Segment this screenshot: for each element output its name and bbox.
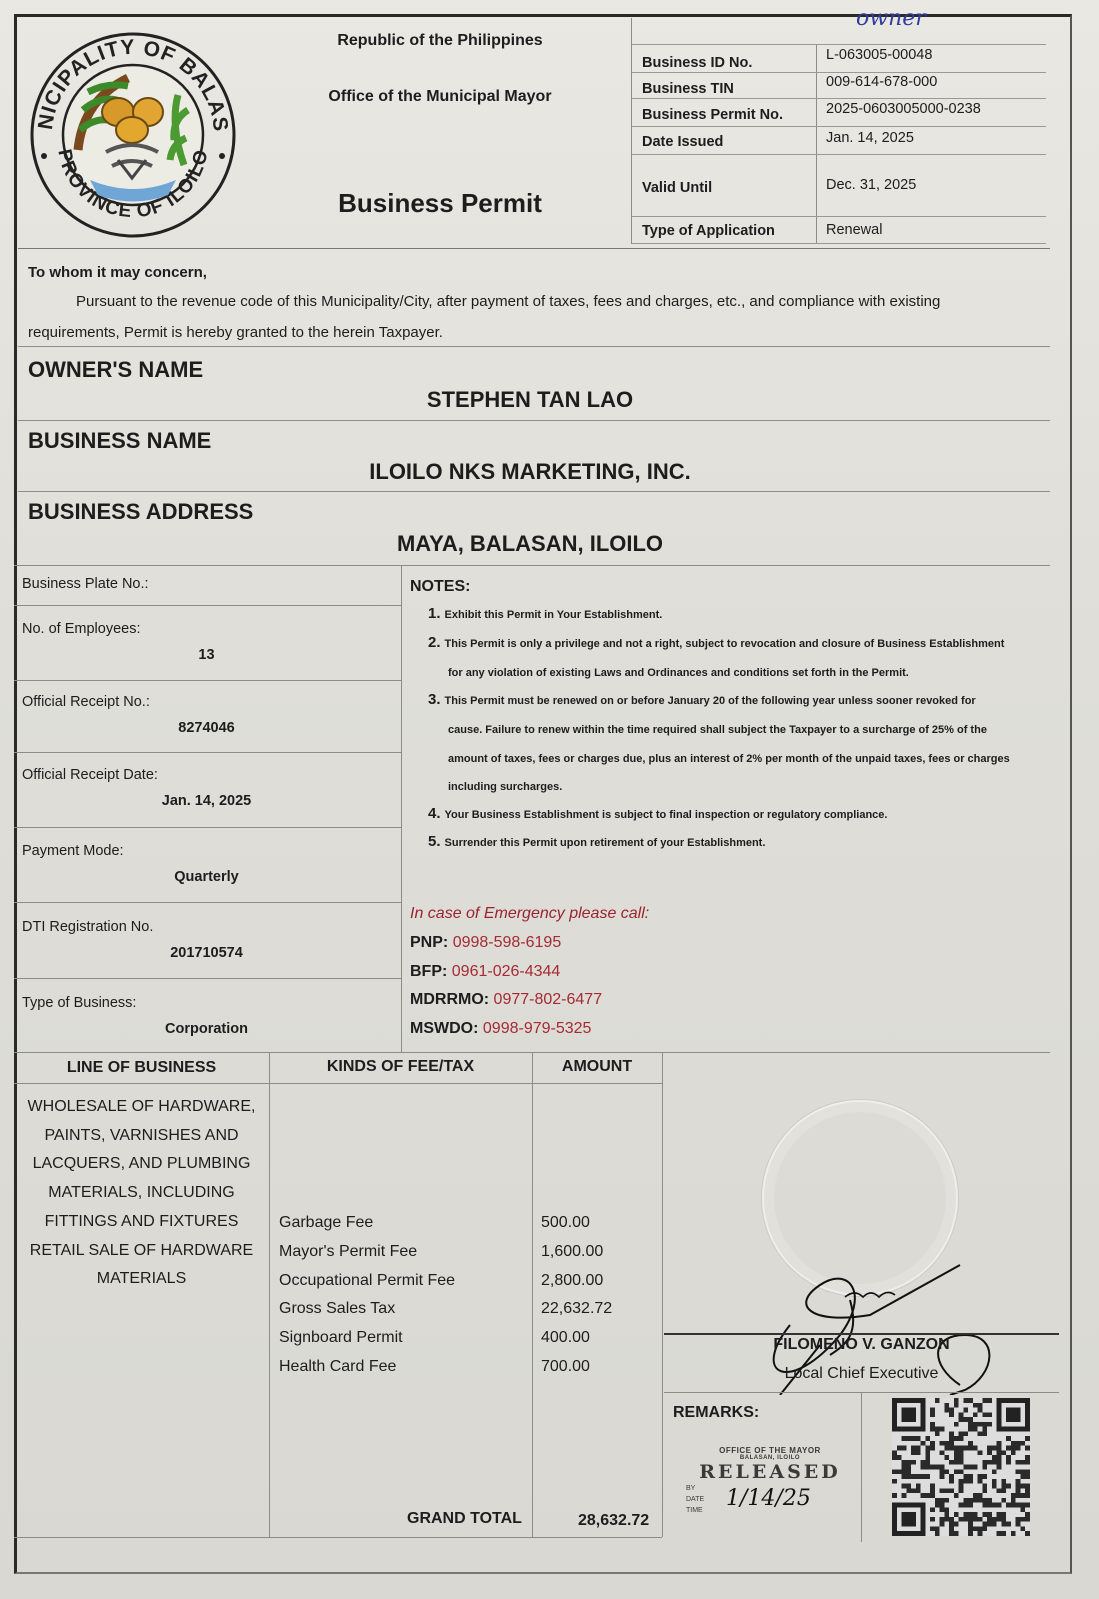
payment-mode-label: Payment Mode: (22, 843, 124, 859)
note-item: 4.Your Business Establishment is subject… (428, 805, 887, 822)
fee-name: Health Card Fee (279, 1358, 396, 1376)
divider (14, 902, 401, 903)
divider (861, 1392, 862, 1542)
phone-number: 0998-979-5325 (483, 1020, 592, 1037)
info-value: 2025-0603005000-0238 (826, 101, 981, 117)
note-item: 3.This Permit must be renewed on or befo… (428, 691, 976, 708)
note-text: Exhibit this Permit in Your Establishmen… (445, 609, 663, 621)
column-header-amount: AMOUNT (532, 1058, 662, 1076)
receipt-date-value: Jan. 14, 2025 (14, 793, 399, 809)
divider (401, 565, 402, 1052)
agency-name: MSWDO: (410, 1020, 478, 1037)
business-address-value: MAYA, BALASAN, ILOILO (0, 531, 1060, 557)
divider (14, 605, 401, 606)
note-item: including surcharges. (448, 781, 562, 793)
business-type-value: Corporation (14, 1021, 399, 1037)
divider (18, 420, 1050, 421)
fee-name: Occupational Permit Fee (279, 1272, 455, 1290)
info-row: Business ID No. L-063005-00048 (632, 44, 1046, 72)
fee-name: Gross Sales Tax (279, 1300, 395, 1318)
fee-amount: 700.00 (541, 1358, 590, 1376)
agency-name: PNP: (410, 934, 448, 951)
info-label: Type of Application (642, 223, 775, 239)
business-type-label: Type of Business: (22, 995, 136, 1011)
note-item: amount of taxes, fees or charges due, pl… (448, 753, 1010, 765)
municipal-seal-icon: MUNICIPALITY OF BALASAN PROVINCE OF ILOI… (28, 30, 238, 240)
divider (14, 827, 401, 828)
column-header-kind: KINDS OF FEE/TAX (269, 1058, 532, 1076)
note-text: Surrender this Permit upon retirement of… (445, 837, 766, 849)
divider (14, 752, 401, 753)
signature-line (664, 1333, 1059, 1335)
business-name-label: BUSINESS NAME (28, 428, 211, 454)
note-number: 2. (428, 634, 441, 651)
phone-number: 0977-802-6477 (494, 991, 603, 1008)
info-row: Business TIN 009-614-678-000 (632, 72, 1046, 98)
fee-amount: 22,632.72 (541, 1300, 612, 1318)
divider (269, 1052, 270, 1537)
grant-statement: Pursuant to the revenue code of this Mun… (28, 286, 1028, 348)
note-item: 1.Exhibit this Permit in Your Establishm… (428, 605, 662, 622)
owner-name-value: STEPHEN TAN LAO (0, 387, 1060, 413)
divider (14, 565, 1050, 566)
agency-name: BFP: (410, 963, 447, 980)
info-value: 009-614-678-000 (826, 74, 937, 90)
fee-name: Signboard Permit (279, 1329, 403, 1347)
info-value: Renewal (826, 222, 882, 238)
dti-registration-label: DTI Registration No. (22, 919, 153, 935)
grand-total-value: 28,632.72 (578, 1512, 649, 1530)
info-row: Business Permit No. 2025-0603005000-0238 (632, 98, 1046, 126)
receipt-no-label: Official Receipt No.: (22, 694, 150, 710)
divider (18, 346, 1050, 347)
emergency-contact: MSWDO: 0998-979-5325 (410, 1020, 591, 1038)
line-of-business-item: PAINTS, VARNISHES AND (14, 1127, 269, 1145)
fee-name: Garbage Fee (279, 1214, 373, 1232)
payment-mode-value: Quarterly (14, 869, 399, 885)
divider (662, 1052, 663, 1537)
receipt-no-value: 8274046 (14, 720, 399, 736)
note-text: Your Business Establishment is subject t… (445, 809, 888, 821)
emergency-contact: MDRRMO: 0977-802-6477 (410, 991, 602, 1009)
info-label: Business ID No. (642, 55, 752, 71)
info-row: Type of Application Renewal (632, 216, 1046, 244)
info-value: Jan. 14, 2025 (826, 130, 914, 146)
fee-amount: 2,800.00 (541, 1272, 603, 1290)
emergency-contact: BFP: 0961-026-4344 (410, 963, 560, 981)
info-label: Valid Until (642, 180, 712, 196)
line-of-business-item: MATERIALS (14, 1270, 269, 1288)
fee-amount: 500.00 (541, 1214, 590, 1232)
note-number: 1. (428, 605, 441, 622)
note-item: cause. Failure to renew within the time … (448, 724, 987, 736)
qr-code-icon[interactable] (892, 1394, 1030, 1540)
info-label: Date Issued (642, 134, 723, 150)
phone-number: 0961-026-4344 (452, 963, 561, 980)
line-of-business-item: MATERIALS, INCLUDING (14, 1184, 269, 1202)
line-of-business-item: LACQUERS, AND PLUMBING (14, 1155, 269, 1173)
note-number: 3. (428, 691, 441, 708)
note-text: This Permit must be renewed on or before… (445, 695, 976, 707)
note-item: 2.This Permit is only a privilege and no… (428, 634, 1004, 651)
business-permit-document: MUNICIPALITY OF BALASAN PROVINCE OF ILOI… (0, 0, 1099, 1599)
info-value: Dec. 31, 2025 (826, 177, 916, 193)
divider (532, 1052, 533, 1537)
business-name-value: ILOILO NKS MARKETING, INC. (0, 459, 1060, 485)
info-label: Business TIN (642, 81, 734, 97)
column-header-line-of-business: LINE OF BUSINESS (14, 1059, 269, 1077)
agency-name: MDRRMO: (410, 991, 489, 1008)
fee-amount: 400.00 (541, 1329, 590, 1347)
owner-name-label: OWNER'S NAME (28, 357, 203, 383)
office-heading: Office of the Municipal Mayor (300, 88, 580, 106)
notes-title: NOTES: (410, 578, 470, 596)
divider (14, 1537, 662, 1538)
note-number: 4. (428, 805, 441, 822)
phone-number: 0998-598-6195 (453, 934, 562, 951)
line-of-business-item: WHOLESALE OF HARDWARE, (14, 1098, 269, 1116)
signatory-name: FILOMENO V. GANZON (664, 1336, 1059, 1354)
note-item: for any violation of existing Laws and O… (448, 667, 909, 679)
divider (18, 248, 1050, 249)
grand-total-label: GRAND TOTAL (407, 1510, 522, 1528)
business-plate-label: Business Plate No.: (22, 576, 149, 592)
info-label: Business Permit No. (642, 107, 783, 123)
divider (14, 978, 401, 979)
republic-heading: Republic of the Philippines (300, 32, 580, 50)
stamp-handwritten-date: 1/14/25 (726, 1486, 811, 1511)
employees-value: 13 (14, 647, 399, 663)
signatory-title: Local Chief Executive (664, 1365, 1059, 1383)
dti-registration-value: 201710574 (14, 945, 399, 961)
page-title: Business Permit (300, 188, 580, 219)
divider (14, 1083, 662, 1084)
emergency-contact: PNP: 0998-598-6195 (410, 934, 561, 952)
line-of-business-item: RETAIL SALE OF HARDWARE (14, 1242, 269, 1260)
stamp-status: RELEASED (686, 1461, 854, 1483)
emergency-title: In case of Emergency please call: (410, 905, 649, 923)
fee-name: Mayor's Permit Fee (279, 1243, 417, 1261)
info-value: L-063005-00048 (826, 47, 932, 63)
remarks-label: REMARKS: (673, 1404, 759, 1422)
employees-label: No. of Employees: (22, 621, 140, 637)
info-row: Valid Until Dec. 31, 2025 (632, 154, 1046, 216)
divider (14, 680, 401, 681)
handwritten-note: owner (856, 6, 926, 31)
divider (18, 491, 1050, 492)
receipt-date-label: Official Receipt Date: (22, 767, 158, 783)
stamp-office: OFFICE OF THE MAYOR (686, 1446, 854, 1455)
fee-amount: 1,600.00 (541, 1243, 603, 1261)
line-of-business-item: FITTINGS AND FIXTURES (14, 1213, 269, 1231)
info-row: Date Issued Jan. 14, 2025 (632, 126, 1046, 154)
greeting: To whom it may concern, (28, 264, 207, 281)
note-text: This Permit is only a privilege and not … (445, 638, 1005, 650)
note-number: 5. (428, 833, 441, 850)
note-item: 5.Surrender this Permit upon retirement … (428, 833, 765, 850)
released-stamp: OFFICE OF THE MAYOR BALASAN, ILOILO RELE… (686, 1446, 854, 1516)
business-address-label: BUSINESS ADDRESS (28, 499, 253, 525)
